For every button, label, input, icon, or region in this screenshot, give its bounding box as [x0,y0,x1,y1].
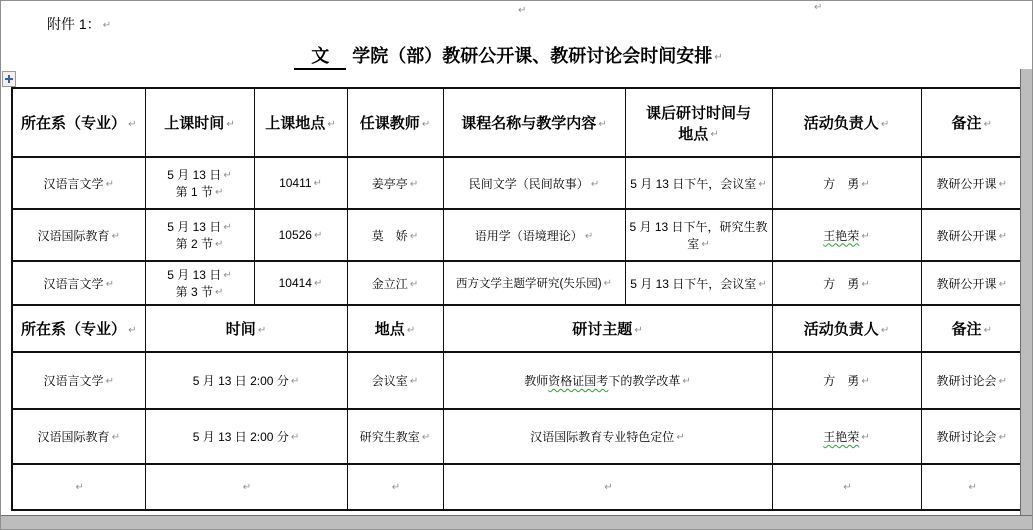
cell-room: 10526↵ [254,209,347,261]
cell-empty: ↵ [145,464,347,510]
header-label: 备注 [952,115,982,132]
header-topic: 研讨主题↵ [443,305,772,352]
paragraph-mark: ↵ [814,2,822,13]
cell-text: 5 月 13 日 [167,168,221,182]
cell-text: 5 月 13 日 2:00 分 [193,374,289,388]
header-label: 地点 [375,321,405,338]
header-label: 所在系（专业） [21,321,126,338]
header-teacher: 任课教师↵ [347,88,443,157]
cell-teacher: 姜亭亭↵ [347,157,443,209]
cell-text: 10411 [279,176,311,190]
header-dept: 所在系（专业）↵ [12,305,145,352]
paragraph-mark: ↵ [314,278,322,289]
cell-text: 汉语言文学 [44,177,104,191]
paragraph-mark: ↵ [881,119,889,130]
paragraph-mark: ↵ [327,119,335,130]
cell-text: 汉语国际教育 [38,229,110,243]
cell-text: 汉语言文学 [44,374,104,388]
header-class-place: 上课地点↵ [254,88,347,157]
title-text: 学院（部）教研公开课、教研讨论会时间安排 [352,46,712,66]
attachment-label: 附件 1：↵ [47,14,111,34]
paragraph-mark: ↵ [999,279,1007,290]
cell-course: 语用学（语境理论）↵ [443,209,625,261]
cell-place: 会议室↵ [347,352,443,409]
paragraph-mark: ↵ [314,178,322,189]
paragraph-mark: ↵ [999,231,1007,242]
paragraph-mark: ↵ [215,187,223,198]
cell-course: 民间文学（民间故事）↵ [443,157,625,209]
cell-text: 语用学（语境理论） [475,229,583,243]
paragraph-mark: ↵ [999,179,1007,190]
paragraph-mark: ↵ [598,119,606,130]
cell-text: 教研公开课 [937,177,997,191]
header-label: 上课时间 [164,115,224,132]
header-dept: 所在系（专业）↵ [12,88,145,157]
paragraph-mark: ↵ [215,239,223,250]
header-place: 地点↵ [347,305,443,352]
table-move-handle[interactable] [2,71,16,87]
cell-teacher: 莫 娇↵ [347,209,443,261]
header-label: 任课教师 [360,115,420,132]
paragraph-mark: ↵ [314,230,322,241]
paragraph-mark: ↵ [106,279,114,290]
cell-empty: ↵ [443,464,772,510]
cell-class-time: 5 月 13 日↵第 2 节↵ [145,209,254,261]
cell-course: 西方文学主题学研究(失乐园)↵ [443,261,625,305]
paragraph-mark: ↵ [243,482,251,493]
paragraph-mark: ↵ [682,376,690,387]
cell-class-time: 5 月 13 日↵第 3 节↵ [145,261,254,305]
paragraph-mark: ↵ [861,376,869,387]
cell-teacher: 金立江↵ [347,261,443,305]
cell-text: 汉语国际教育专业特色定位 [530,430,674,444]
cell-text: 下的教学改革 [608,374,680,388]
header-label: 课程名称与教学内容 [461,115,596,132]
cell-time: 5 月 13 日 2:00 分↵ [145,409,347,464]
cell-text: 第 3 节 [176,285,213,299]
paragraph-mark: ↵ [128,325,136,336]
paragraph-mark: ↵ [604,278,612,289]
cell-topic: 教师资格证国考下的教学改革↵ [443,352,772,409]
header-time: 时间↵ [145,305,347,352]
page-edge-bottom [1,515,1032,530]
paragraph-mark: ↵ [112,231,120,242]
cell-room: 10414↵ [254,261,347,305]
page-edge-right [1020,69,1032,529]
cell-text: 教师 [524,374,548,388]
cell-text: 5 月 13 日 [167,220,221,234]
cell-text: 汉语言文学 [44,277,104,291]
cell-empty: ↵ [772,464,921,510]
header-label: 时间 [226,321,256,338]
paragraph-mark: ↵ [518,5,526,16]
cell-note: 教研公开课↵ [921,157,1023,209]
cell-dept: 汉语言文学↵ [12,352,145,409]
cell-leader: 王艳荣↵ [772,209,921,261]
paragraph-mark: ↵ [223,170,231,181]
cell-text: 西方文学主题学研究(失乐园) [456,278,602,290]
paragraph-mark: ↵ [881,325,889,336]
cell-discuss: 5 月 13 日下午，研究生教室↵ [625,209,772,261]
paragraph-mark: ↵ [128,119,136,130]
cell-class-time: 5 月 13 日↵第 1 节↵ [145,157,254,209]
cell-dept: 汉语国际教育↵ [12,409,145,464]
cell-leader: 方 勇↵ [772,261,921,305]
cell-text: 汉语国际教育 [38,430,110,444]
cell-text: 5 月 13 日下午，研究生教室 [629,220,767,251]
paragraph-mark: ↵ [76,482,84,493]
paragraph-mark: ↵ [758,179,766,190]
cell-leader: 方 勇↵ [772,352,921,409]
attachment-text: 附件 1： [47,16,101,32]
paragraph-mark: ↵ [410,279,418,290]
paragraph-mark: ↵ [226,119,234,130]
paragraph-mark: ↵ [103,20,111,31]
paragraph-mark: ↵ [291,376,299,387]
table-header-seminar: 所在系（专业）↵ 时间↵ 地点↵ 研讨主题↵ 活动负责人↵ 备注↵ [12,305,1023,352]
paragraph-mark: ↵ [422,119,430,130]
cell-place: 研究生教室↵ [347,409,443,464]
table-row: 汉语言文学↵ 5 月 13 日 2:00 分↵ 会议室↵ 教师资格证国考下的教学… [12,352,1023,409]
paragraph-mark: ↵ [591,179,599,190]
header-leader: 活动负责人↵ [772,305,921,352]
paragraph-mark: ↵ [112,432,120,443]
paragraph-mark: ↵ [999,376,1007,387]
cell-text: 方 勇 [823,374,859,388]
paragraph-mark: ↵ [676,432,684,443]
header-label: 备注 [952,321,982,338]
header-course: 课程名称与教学内容↵ [443,88,625,157]
paragraph-mark: ↵ [634,325,642,336]
paragraph-mark: ↵ [258,325,266,336]
cell-note: 教研公开课↵ [921,261,1023,305]
paragraph-mark: ↵ [861,179,869,190]
paragraph-mark: ↵ [999,432,1007,443]
paragraph-mark: ↵ [410,179,418,190]
cell-leader: 王艳荣↵ [772,409,921,464]
cell-dept: 汉语言文学↵ [12,261,145,305]
table-header-open-class: 所在系（专业）↵ 上课时间↵ 上课地点↵ 任课教师↵ 课程名称与教学内容↵ 课后… [12,88,1023,157]
cell-text: 王艳荣 [823,229,859,243]
cell-text: 王艳荣 [823,430,859,444]
cell-dept: 汉语国际教育↵ [12,209,145,261]
cell-topic: 汉语国际教育专业特色定位↵ [443,409,772,464]
paragraph-mark: ↵ [861,231,869,242]
header-label: 研讨主题 [572,321,632,338]
paragraph-mark: ↵ [410,231,418,242]
table-row-empty: ↵ ↵ ↵ ↵ ↵ ↵ [12,464,1023,510]
page-title: 文学院（部）教研公开课、教研讨论会时间安排↵ [1,42,1016,70]
cell-text: 莫 娇 [372,229,408,243]
paragraph-mark: ↵ [969,482,977,493]
paragraph-mark: ↵ [861,279,869,290]
cell-text: 教研公开课 [937,229,997,243]
cell-text: 会议室 [372,374,408,388]
paragraph-mark: ↵ [106,179,114,190]
paragraph-mark: ↵ [758,279,766,290]
cell-room: 10411↵ [254,157,347,209]
paragraph-mark: ↵ [422,432,430,443]
cell-note: 教研讨论会↵ [921,352,1023,409]
paragraph-mark: ↵ [585,231,593,242]
cell-discuss: 5 月 13 日下午，会议室↵ [625,157,772,209]
table-row: 汉语言文学↵ 5 月 13 日↵第 3 节↵ 10414↵ 金立江↵ 西方文学主… [12,261,1023,305]
cell-text: 10526 [279,228,312,242]
cell-text-spellcheck: 资格证国考 [548,374,608,388]
table-row: 汉语言文学↵ 5 月 13 日↵第 1 节↵ 10411↵ 姜亭亭↵ 民间文学（… [12,157,1023,209]
cell-leader: 方 勇↵ [772,157,921,209]
paragraph-mark: ↵ [215,287,223,298]
header-after-class: 课后研讨时间与 地点↵ [625,88,772,157]
cell-empty: ↵ [347,464,443,510]
cell-text: 5 月 13 日下午，会议室 [630,277,756,291]
paragraph-mark: ↵ [604,482,612,493]
paragraph-mark: ↵ [714,52,722,63]
cell-text: 研究生教室 [360,430,420,444]
cell-text: 5 月 13 日 [167,268,221,282]
paragraph-mark: ↵ [223,222,231,233]
paragraph-mark: ↵ [861,432,869,443]
cell-dept: 汉语言文学↵ [12,157,145,209]
cell-text: 5 月 13 日下午，会议室 [630,177,756,191]
cell-text: 姜亭亭 [372,177,408,191]
cell-text: 教研讨论会 [937,374,997,388]
cell-text: 方 勇 [823,277,859,291]
schedule-table: 所在系（专业）↵ 上课时间↵ 上课地点↵ 任课教师↵ 课程名称与教学内容↵ 课后… [11,87,1024,511]
header-label: 所在系（专业） [21,115,126,132]
cell-text: 教研讨论会 [937,430,997,444]
table-row: 汉语国际教育↵ 5 月 13 日↵第 2 节↵ 10526↵ 莫 娇↵ 语用学（… [12,209,1023,261]
header-label: 课后研讨时间与 地点 [646,105,751,143]
paragraph-mark: ↵ [843,482,851,493]
cell-text: 5 月 13 日 2:00 分 [193,430,289,444]
paragraph-mark: ↵ [984,325,992,336]
cell-note: 教研讨论会↵ [921,409,1023,464]
cell-text: 方 勇 [823,177,859,191]
cell-text: 教研公开课 [937,277,997,291]
cell-empty: ↵ [12,464,145,510]
paragraph-mark: ↵ [291,432,299,443]
header-label: 上课地点 [265,115,325,132]
cell-text: 10414 [279,276,312,290]
paragraph-mark: ↵ [410,376,418,387]
paragraph-mark: ↵ [407,325,415,336]
header-note: 备注↵ [921,305,1023,352]
paragraph-mark: ↵ [701,239,709,250]
header-label: 活动负责人 [804,115,879,132]
cell-time: 5 月 13 日 2:00 分↵ [145,352,347,409]
cell-text: 民间文学（民间故事） [469,177,589,191]
cell-text: 第 1 节 [176,185,213,199]
word-document-page: { "page": { "attachment_label": "附件 1：",… [0,0,1033,530]
cell-discuss: 5 月 13 日下午，会议室↵ [625,261,772,305]
move-cross-icon [5,75,13,83]
header-leader: 活动负责人↵ [772,88,921,157]
header-note: 备注↵ [921,88,1023,157]
cell-note: 教研公开课↵ [921,209,1023,261]
cell-text: 金立江 [372,277,408,291]
paragraph-mark: ↵ [106,376,114,387]
header-class-time: 上课时间↵ [145,88,254,157]
header-label: 活动负责人 [804,321,879,338]
paragraph-mark: ↵ [984,119,992,130]
cell-text: 第 2 节 [176,237,213,251]
title-underlined-blank: 文 [294,42,346,70]
table-row: 汉语国际教育↵ 5 月 13 日 2:00 分↵ 研究生教室↵ 汉语国际教育专业… [12,409,1023,464]
paragraph-mark: ↵ [223,270,231,281]
cell-empty: ↵ [921,464,1023,510]
paragraph-mark: ↵ [710,129,718,140]
paragraph-mark: ↵ [392,482,400,493]
